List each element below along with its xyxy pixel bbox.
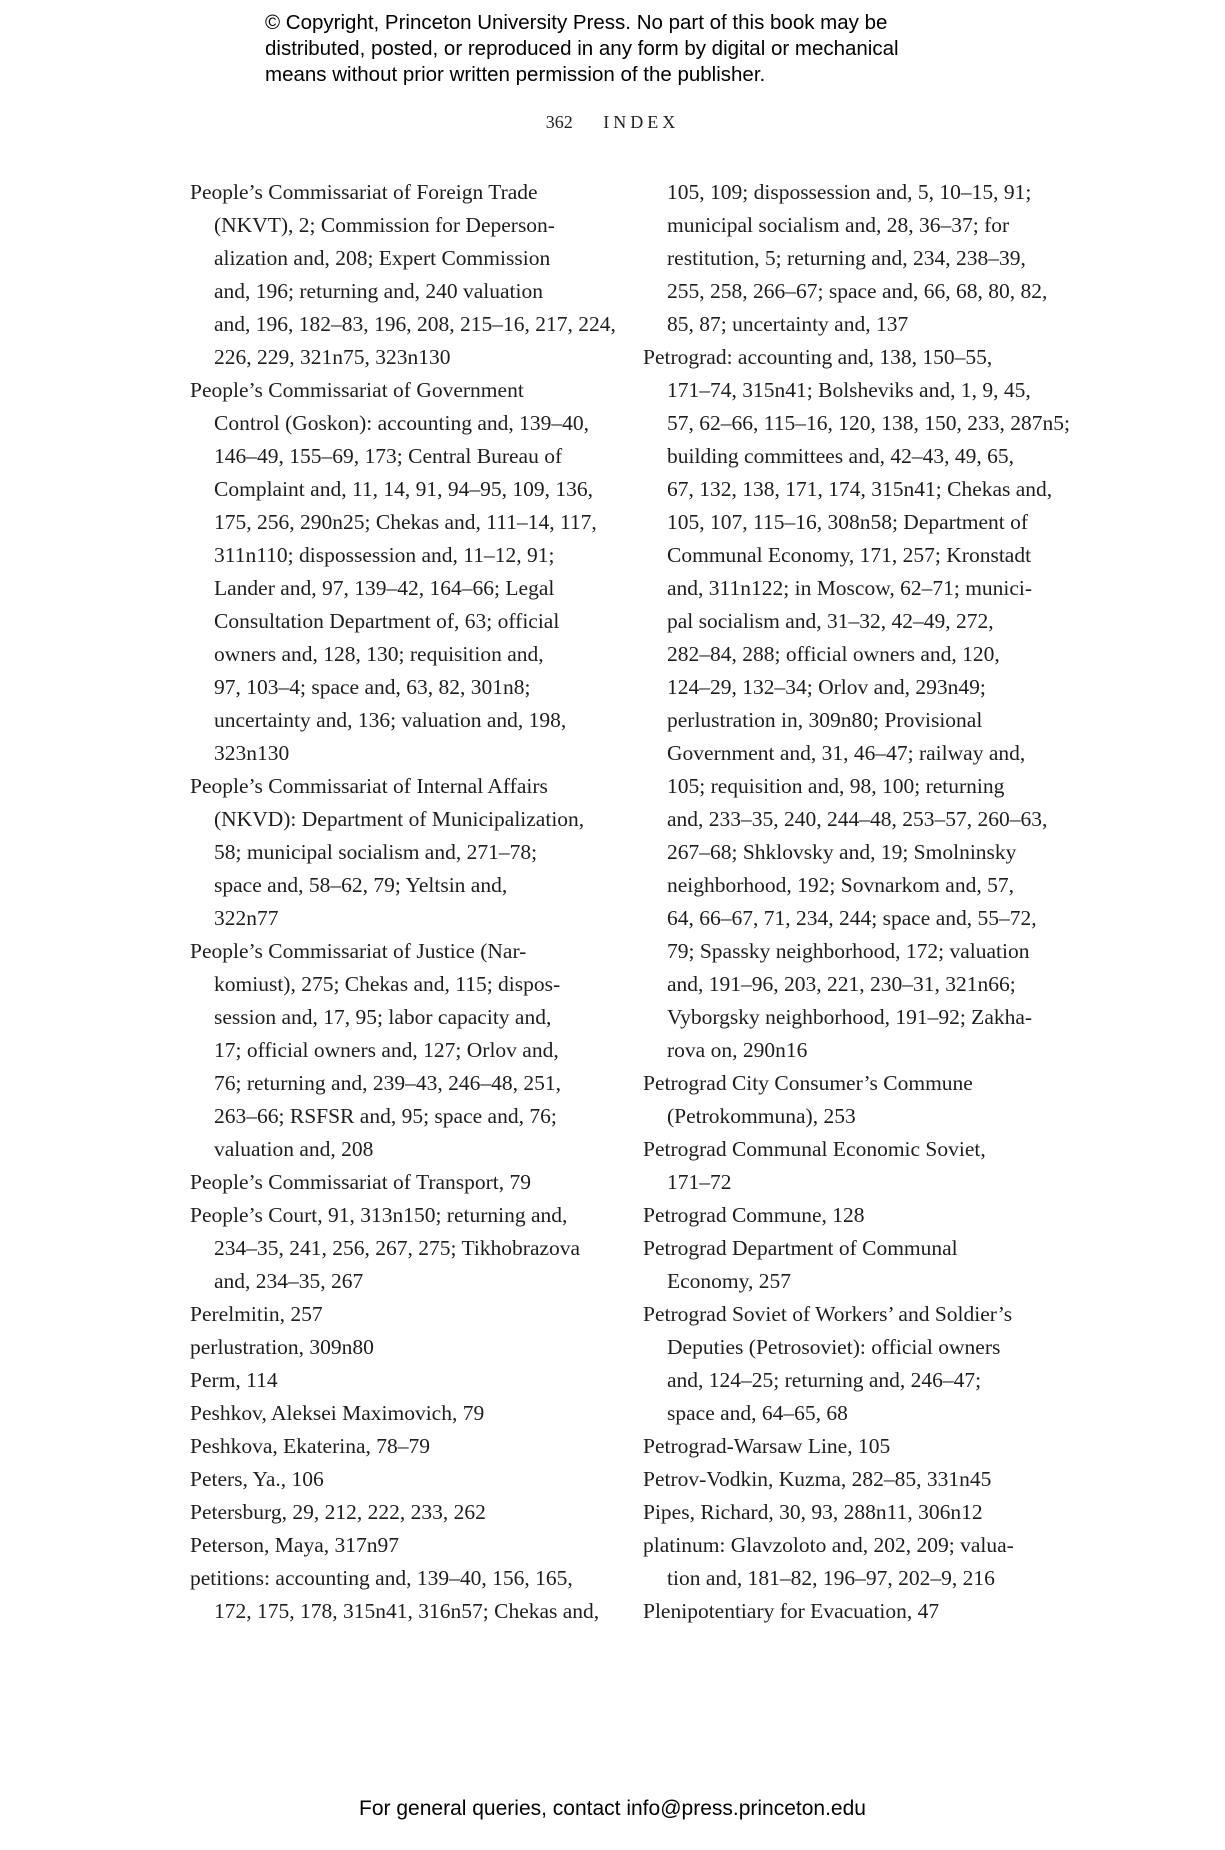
index-entry: Petrograd City Consumer’s Commune bbox=[643, 1067, 1073, 1100]
index-entry-continuation: (NKVT), 2; Commission for Deperson- bbox=[190, 209, 610, 242]
index-entry-continuation: 282–84, 288; official owners and, 120, bbox=[643, 638, 1073, 671]
copyright-notice: © Copyright, Princeton University Press.… bbox=[265, 10, 1025, 88]
index-column-right: 105, 109; dispossession and, 5, 10–15, 9… bbox=[643, 176, 1073, 1628]
index-entry-continuation: 17; official owners and, 127; Orlov and, bbox=[190, 1034, 610, 1067]
index-entry: Petersburg, 29, 212, 222, 233, 262 bbox=[190, 1496, 610, 1529]
index-entry-continuation: 267–68; Shklovsky and, 19; Smolninsky bbox=[643, 836, 1073, 869]
index-entry-continuation: and, 196; returning and, 240 valuation bbox=[190, 275, 610, 308]
index-entry-continuation: 234–35, 241, 256, 267, 275; Tikhobrazova bbox=[190, 1232, 610, 1265]
index-entry-continuation: Government and, 31, 46–47; railway and, bbox=[643, 737, 1073, 770]
index-entry-continuation: Economy, 257 bbox=[643, 1265, 1073, 1298]
index-entry-continuation: perlustration in, 309n80; Provisional bbox=[643, 704, 1073, 737]
index-entry: Perelmitin, 257 bbox=[190, 1298, 610, 1331]
copyright-line: means without prior written permission o… bbox=[265, 62, 1025, 88]
index-entry-continuation: building committees and, 42–43, 49, 65, bbox=[643, 440, 1073, 473]
index-entry-continuation: 64, 66–67, 71, 234, 244; space and, 55–7… bbox=[643, 902, 1073, 935]
index-entry-continuation: rova on, 290n16 bbox=[643, 1034, 1073, 1067]
index-entry: Petrograd Soviet of Workers’ and Soldier… bbox=[643, 1298, 1073, 1331]
index-entry-continuation: space and, 64–65, 68 bbox=[643, 1397, 1073, 1430]
index-entry: People’s Commissariat of Government bbox=[190, 374, 610, 407]
index-entry-continuation: and, 233–35, 240, 244–48, 253–57, 260–63… bbox=[643, 803, 1073, 836]
index-entry-continuation: komiust), 275; Chekas and, 115; dispos- bbox=[190, 968, 610, 1001]
index-entry: Peters, Ya., 106 bbox=[190, 1463, 610, 1496]
index-entry-continuation: 67, 132, 138, 171, 174, 315n41; Chekas a… bbox=[643, 473, 1073, 506]
index-entry-continuation: and, 196, 182–83, 196, 208, 215–16, 217,… bbox=[190, 308, 610, 341]
index-entry-continuation: 263–66; RSFSR and, 95; space and, 76; bbox=[190, 1100, 610, 1133]
index-entry-continuation: pal socialism and, 31–32, 42–49, 272, bbox=[643, 605, 1073, 638]
index-entry-continuation: Control (Goskon): accounting and, 139–40… bbox=[190, 407, 610, 440]
index-entry-continuation: 124–29, 132–34; Orlov and, 293n49; bbox=[643, 671, 1073, 704]
index-entry-continuation: 58; municipal socialism and, 271–78; bbox=[190, 836, 610, 869]
index-entry-continuation: and, 234–35, 267 bbox=[190, 1265, 610, 1298]
index-entry-continuation: 76; returning and, 239–43, 246–48, 251, bbox=[190, 1067, 610, 1100]
index-entry: Plenipotentiary for Evacuation, 47 bbox=[643, 1595, 1073, 1628]
index-entry: Petrograd-Warsaw Line, 105 bbox=[643, 1430, 1073, 1463]
index-entry: Pipes, Richard, 30, 93, 288n11, 306n12 bbox=[643, 1496, 1073, 1529]
index-entry: platinum: Glavzoloto and, 202, 209; valu… bbox=[643, 1529, 1073, 1562]
index-entry-continuation: 226, 229, 321n75, 323n130 bbox=[190, 341, 610, 374]
index-entry-continuation: 323n130 bbox=[190, 737, 610, 770]
index-entry-continuation: uncertainty and, 136; valuation and, 198… bbox=[190, 704, 610, 737]
index-entry-continuation: (Petrokommuna), 253 bbox=[643, 1100, 1073, 1133]
index-entry: Petrograd Commune, 128 bbox=[643, 1199, 1073, 1232]
index-entry-continuation: neighborhood, 192; Sovnarkom and, 57, bbox=[643, 869, 1073, 902]
index-entry: Perm, 114 bbox=[190, 1364, 610, 1397]
index-entry-continuation: Deputies (Petrosoviet): official owners bbox=[643, 1331, 1073, 1364]
index-entry: Petrograd Communal Economic Soviet, bbox=[643, 1133, 1073, 1166]
index-entry-continuation: valuation and, 208 bbox=[190, 1133, 610, 1166]
index-entry-continuation: 105; requisition and, 98, 100; returning bbox=[643, 770, 1073, 803]
index-entry-continuation: Lander and, 97, 139–42, 164–66; Legal bbox=[190, 572, 610, 605]
index-entry: People’s Commissariat of Transport, 79 bbox=[190, 1166, 610, 1199]
index-entry-continuation: 85, 87; uncertainty and, 137 bbox=[643, 308, 1073, 341]
index-entry-continuation: and, 311n122; in Moscow, 62–71; munici- bbox=[643, 572, 1073, 605]
index-entry-continuation: session and, 17, 95; labor capacity and, bbox=[190, 1001, 610, 1034]
index-entry: People’s Commissariat of Justice (Nar- bbox=[190, 935, 610, 968]
index-entry-continuation: (NKVD): Department of Municipalization, bbox=[190, 803, 610, 836]
index-entry-continuation: 57, 62–66, 115–16, 120, 138, 150, 233, 2… bbox=[643, 407, 1073, 440]
index-entry: People’s Court, 91, 313n150; returning a… bbox=[190, 1199, 610, 1232]
index-entry: Petrograd: accounting and, 138, 150–55, bbox=[643, 341, 1073, 374]
running-head: 362 INDEX bbox=[0, 112, 1225, 133]
index-entry-continuation: 175, 256, 290n25; Chekas and, 111–14, 11… bbox=[190, 506, 610, 539]
index-entry-continuation: Complaint and, 11, 14, 91, 94–95, 109, 1… bbox=[190, 473, 610, 506]
index-entry: perlustration, 309n80 bbox=[190, 1331, 610, 1364]
index-entry-continuation: 105, 109; dispossession and, 5, 10–15, 9… bbox=[643, 176, 1073, 209]
index-entry-continuation: 97, 103–4; space and, 63, 82, 301n8; bbox=[190, 671, 610, 704]
index-entry-continuation: alization and, 208; Expert Commission bbox=[190, 242, 610, 275]
index-entry-continuation: 79; Spassky neighborhood, 172; valuation bbox=[643, 935, 1073, 968]
index-entry: Peterson, Maya, 317n97 bbox=[190, 1529, 610, 1562]
copyright-line: distributed, posted, or reproduced in an… bbox=[265, 36, 1025, 62]
page-number: 362 bbox=[546, 112, 573, 132]
index-entry-continuation: 146–49, 155–69, 173; Central Bureau of bbox=[190, 440, 610, 473]
section-title: INDEX bbox=[603, 112, 679, 132]
index-entry-continuation: Vyborgsky neighborhood, 191–92; Zakha- bbox=[643, 1001, 1073, 1034]
index-entry-continuation: 255, 258, 266–67; space and, 66, 68, 80,… bbox=[643, 275, 1073, 308]
index-entry: Peshkova, Ekaterina, 78–79 bbox=[190, 1430, 610, 1463]
index-entry-continuation: 172, 175, 178, 315n41, 316n57; Chekas an… bbox=[190, 1595, 610, 1628]
index-entry-continuation: Consultation Department of, 63; official bbox=[190, 605, 610, 638]
index-entry-continuation: and, 124–25; returning and, 246–47; bbox=[643, 1364, 1073, 1397]
index-entry-continuation: tion and, 181–82, 196–97, 202–9, 216 bbox=[643, 1562, 1073, 1595]
index-entry-continuation: 311n110; dispossession and, 11–12, 91; bbox=[190, 539, 610, 572]
index-entry: Peshkov, Aleksei Maximovich, 79 bbox=[190, 1397, 610, 1430]
contact-footer: For general queries, contact info@press.… bbox=[0, 1797, 1225, 1821]
index-entry-continuation: 171–74, 315n41; Bolsheviks and, 1, 9, 45… bbox=[643, 374, 1073, 407]
index-entry-continuation: 105, 107, 115–16, 308n58; Department of bbox=[643, 506, 1073, 539]
index-entry-continuation: space and, 58–62, 79; Yeltsin and, bbox=[190, 869, 610, 902]
index-entry: Petrov-Vodkin, Kuzma, 282–85, 331n45 bbox=[643, 1463, 1073, 1496]
copyright-line: © Copyright, Princeton University Press.… bbox=[265, 10, 1025, 36]
index-entry-continuation: 171–72 bbox=[643, 1166, 1073, 1199]
index-entry: Petrograd Department of Communal bbox=[643, 1232, 1073, 1265]
index-entry-continuation: restitution, 5; returning and, 234, 238–… bbox=[643, 242, 1073, 275]
index-entry-continuation: Communal Economy, 171, 257; Kronstadt bbox=[643, 539, 1073, 572]
index-entry: People’s Commissariat of Foreign Trade bbox=[190, 176, 610, 209]
index-entry-continuation: 322n77 bbox=[190, 902, 610, 935]
index-column-left: People’s Commissariat of Foreign Trade(N… bbox=[190, 176, 610, 1628]
index-entry-continuation: owners and, 128, 130; requisition and, bbox=[190, 638, 610, 671]
index-entry-continuation: and, 191–96, 203, 221, 230–31, 321n66; bbox=[643, 968, 1073, 1001]
index-entry-continuation: municipal socialism and, 28, 36–37; for bbox=[643, 209, 1073, 242]
index-entry: petitions: accounting and, 139–40, 156, … bbox=[190, 1562, 610, 1595]
index-entry: People’s Commissariat of Internal Affair… bbox=[190, 770, 610, 803]
